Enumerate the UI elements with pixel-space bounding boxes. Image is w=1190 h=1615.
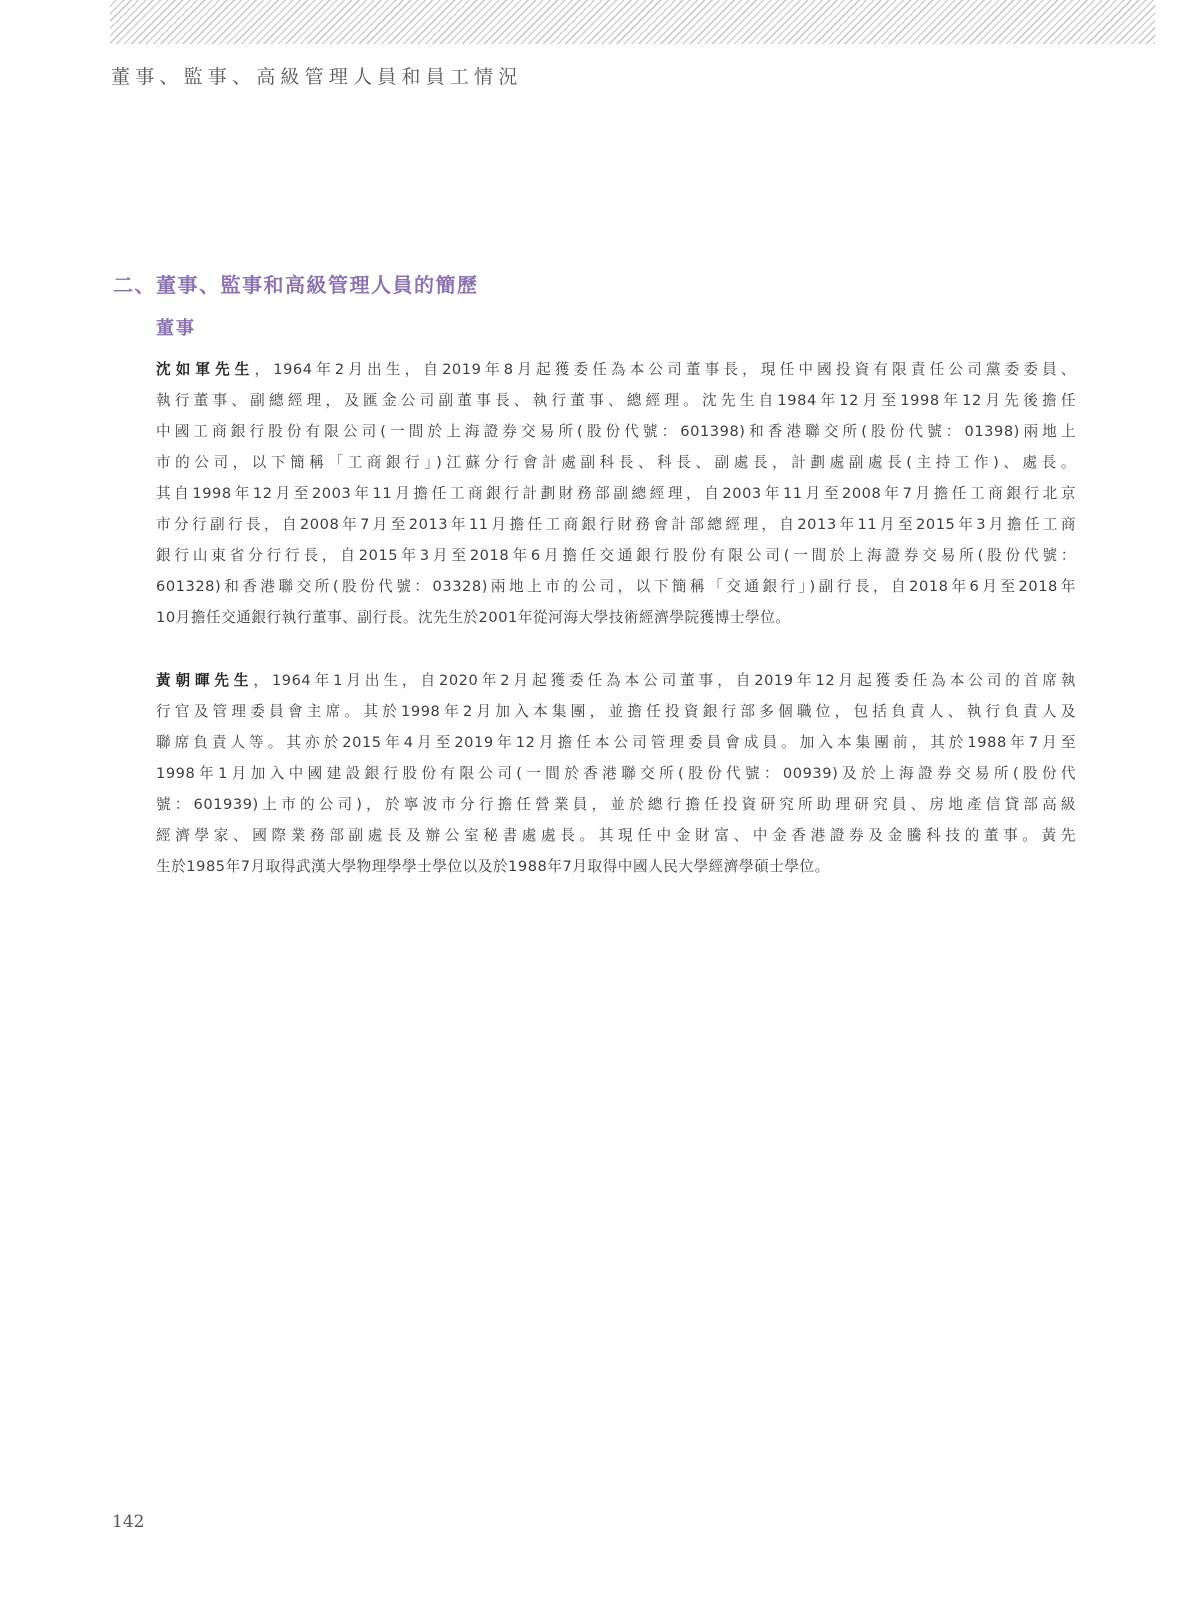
director-name: 黃朝暉先生 <box>156 672 253 689</box>
bio-line: 執行董事、副總經理，及匯金公司副董事長、執行董事、總經理。沈先生自1984年12… <box>156 385 1076 416</box>
bio-line: 市分行副行長，自2008年7月至2013年11月擔任工商銀行財務會計部總經理，自… <box>156 509 1076 540</box>
section-title: 二、董事、監事和高級管理人員的簡歷 <box>113 269 479 298</box>
bio-text: ，1964年1月出生，自2020年2月起獲委任為本公司董事，自2019年12月起… <box>253 672 1076 689</box>
bio-line: 號：601939)上市的公司)，於寧波市分行擔任營業員，並於總行擔任投資研究所助… <box>156 789 1076 820</box>
bio-line: 行官及管理委員會主席。其於1998年2月加入本集團，並擔任投資銀行部多個職位，包… <box>156 696 1076 727</box>
page-number: 142 <box>112 1512 144 1532</box>
director-bio: 沈如軍先生，1964年2月出生，自2019年8月起獲委任為本公司董事長，現任中國… <box>156 354 1076 633</box>
bio-line: 10月擔任交通銀行執行董事、副行長。沈先生於2001年從河海大學技術經濟學院獲博… <box>156 602 1076 633</box>
bio-line: 經濟學家、國際業務部副處長及辦公室秘書處處長。其現任中金財富、中金香港證券及金騰… <box>156 820 1076 851</box>
bio-line: 601328)和香港聯交所(股份代號：03328)兩地上市的公司，以下簡稱「交通… <box>156 571 1076 602</box>
bio-line: 生於1985年7月取得武漢大學物理學學士學位以及於1988年7月取得中國人民大學… <box>156 851 1076 882</box>
decorative-hatch-band <box>110 0 1155 44</box>
bio-line: 中國工商銀行股份有限公司(一間於上海證券交易所(股份代號：601398)和香港聯… <box>156 416 1076 447</box>
bio-text: ，1964年2月出生，自2019年8月起獲委任為本公司董事長，現任中國投資有限責… <box>254 361 1076 378</box>
bio-line: 黃朝暉先生，1964年1月出生，自2020年2月起獲委任為本公司董事，自2019… <box>156 665 1076 696</box>
bio-line: 沈如軍先生，1964年2月出生，自2019年8月起獲委任為本公司董事長，現任中國… <box>156 354 1076 385</box>
bio-line: 聯席負責人等。其亦於2015年4月至2019年12月擔任本公司管理委員會成員。加… <box>156 727 1076 758</box>
director-name: 沈如軍先生 <box>156 361 254 378</box>
bio-line: 1998年1月加入中國建設銀行股份有限公司(一間於香港聯交所(股份代號：0093… <box>156 758 1076 789</box>
running-header-title: 董事、監事、高級管理人員和員工情況 <box>111 62 522 89</box>
bio-line: 銀行山東省分行行長，自2015年3月至2018年6月擔任交通銀行股份有限公司(一… <box>156 540 1076 571</box>
director-bio: 黃朝暉先生，1964年1月出生，自2020年2月起獲委任為本公司董事，自2019… <box>156 665 1076 882</box>
bio-line: 市的公司，以下簡稱「工商銀行」)江蘇分行會計處副科長、科長、副處長，計劃處副處長… <box>156 447 1076 478</box>
section-subtitle-directors: 董事 <box>156 314 196 340</box>
bio-line: 其自1998年12月至2003年11月擔任工商銀行計劃財務部副總經理，自2003… <box>156 478 1076 509</box>
